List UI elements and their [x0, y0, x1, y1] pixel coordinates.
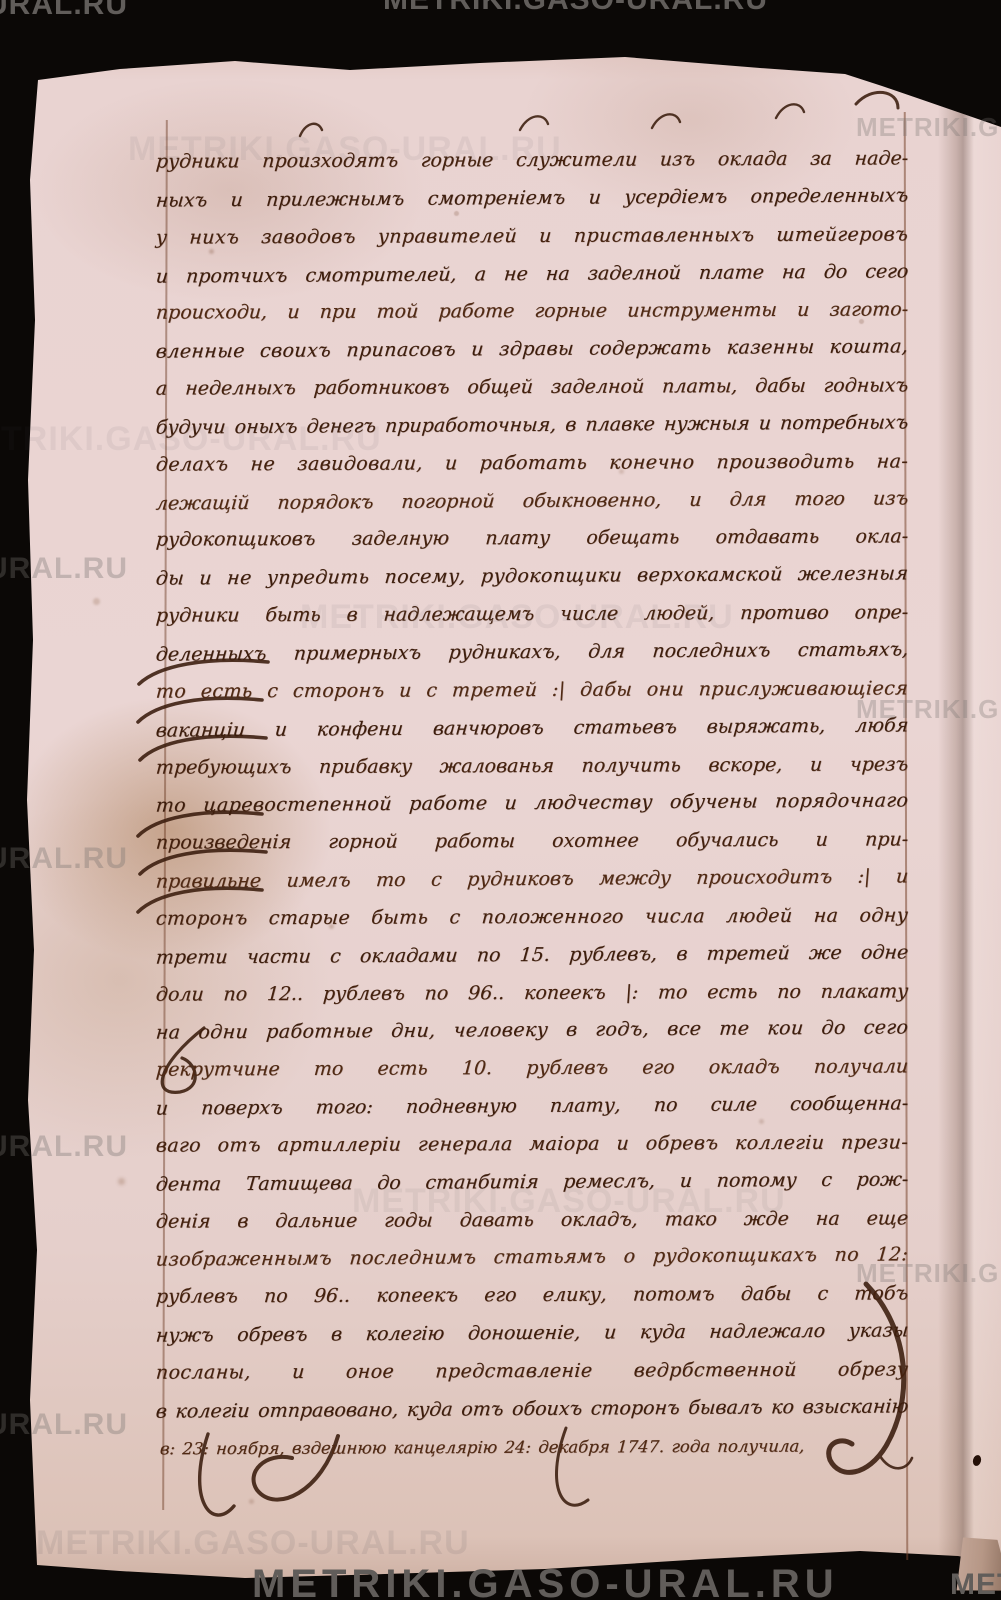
manuscript-line: то царевостепенной работе и людчеству об…: [154, 783, 909, 826]
manuscript-line: и протчихъ смотрителей, а не на заделной…: [154, 253, 909, 296]
manuscript-line: рекрутчине то есть 10. рублевъ его оклад…: [155, 1049, 910, 1090]
watermark-ghost: METRIKI.GASO-URAL.RU: [0, 420, 382, 459]
manuscript-line: требующихъ прибавку жалованья получить в…: [155, 746, 910, 787]
manuscript-line: ныхъ и прилежнымъ смотреніемъ и усердіем…: [154, 177, 909, 220]
manuscript-line: изображеннымъ последнимъ статьямъ о рудо…: [154, 1237, 909, 1280]
manuscript-line: в колегіи отправовано, куда отъ обоихъ с…: [154, 1388, 909, 1431]
manuscript-text: рудники произходятъ горные служители изъ…: [156, 142, 908, 1467]
watermark-ghost: METRIKI.GASO-URAL.RU: [128, 130, 562, 169]
watermark-fragment: URAL.RU: [0, 0, 128, 22]
manuscript-line: вленные своихъ припасовъ и здравы содерж…: [154, 329, 909, 372]
manuscript-line: доли по 12.. рублевъ по 96.. копеекъ |: …: [155, 973, 910, 1014]
watermark-ghost: METRIKI.GASO-URAL.RU: [36, 1524, 470, 1563]
manuscript-line: ваго отъ артиллеріи генерала маіора и об…: [155, 1124, 910, 1165]
manuscript-line: деленныхъ примерныхъ рудникахъ, для посл…: [154, 631, 909, 674]
manuscript-line: ды и не упредить посему, рудокопщики вер…: [154, 556, 909, 599]
manuscript-line: лежащій порядокъ погорной обыкновенно, и…: [154, 480, 909, 523]
manuscript-line: нужъ обревъ в колегію доношеніе, и куда …: [154, 1313, 909, 1356]
watermark: METRIKI.GASO-URAL.RU: [252, 1562, 839, 1600]
watermark-fragment: METRIKI.G: [950, 1568, 1001, 1600]
manuscript-line: произведенія горной работы охотнее обуча…: [155, 822, 910, 863]
manuscript-line: и поверхъ того: подневную плату, по силе…: [154, 1085, 909, 1128]
manuscript-line: происходи, и при той работе горные инстр…: [155, 292, 910, 333]
manuscript-line: на одни работные дни, человеку в годъ, в…: [154, 1010, 909, 1053]
watermark-fragment: URAL.RU: [0, 552, 128, 586]
archive-photo: рудники произходятъ горные служители изъ…: [0, 0, 1001, 1600]
manuscript-line: рудокопщиковъ заделную плату обещать отд…: [155, 519, 910, 560]
watermark-fragment: URAL.RU: [0, 1408, 128, 1442]
watermark-fragment: URAL.RU: [0, 842, 128, 876]
watermark-ghost: METRIKI.GASO-URAL.RU: [300, 598, 734, 637]
watermark-fragment: URAL.RU: [0, 1130, 128, 1164]
manuscript-line: а неделныхъ работниковъ общей заделной п…: [155, 367, 910, 408]
manuscript-line: рублевъ по 96.. копеекъ его елику, потом…: [155, 1276, 910, 1317]
watermark-fragment: METRIKI.G: [856, 112, 999, 143]
manuscript-line: то есть с сторонъ и с третей :| дабы они…: [155, 670, 910, 711]
watermark-ghost: METRIKI.GASO-URAL.RU: [352, 1182, 786, 1221]
watermark-fragment: METRIKI.G: [856, 1258, 999, 1289]
manuscript-line: правильне имелъ то с рудниковъ между про…: [154, 858, 909, 901]
manuscript-line: сторонъ старые быть с положенного числа …: [155, 897, 910, 938]
manuscript-line: посланы, и оное представленіе ведрбствен…: [155, 1351, 910, 1392]
manuscript-line: у нихъ заводовъ управителей и приставлен…: [155, 216, 910, 257]
watermark: METRIKI.GASO-URAL.RU: [383, 0, 768, 17]
manuscript-line: трети части с окладами по 15. рублевъ, в…: [154, 934, 909, 977]
watermark-fragment: METRIKI.G: [856, 694, 999, 725]
manuscript-line: в: 23: ноября, вздешнюю канцелярію 24: д…: [155, 1427, 778, 1468]
manuscript-line: ваканціи и конфени ванчюровъ статьевъ вы…: [154, 707, 909, 750]
